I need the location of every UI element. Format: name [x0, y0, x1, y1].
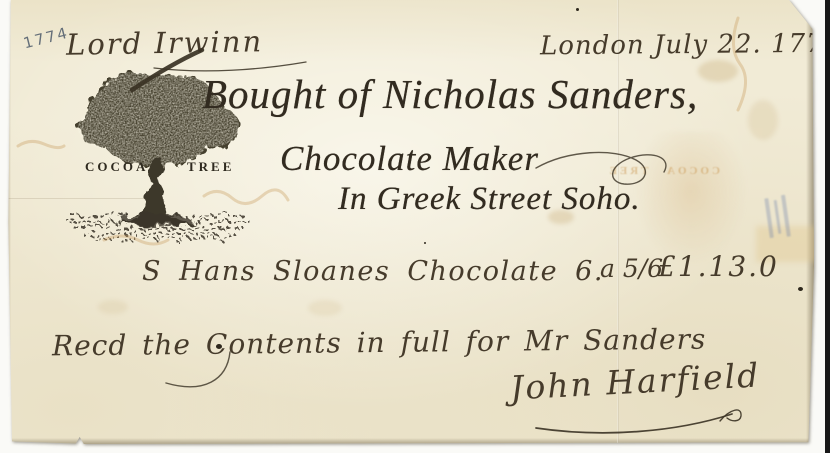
- entry-rate: a 5/6: [600, 254, 663, 283]
- entry-amount: £1.13.0: [658, 250, 779, 283]
- age-spot: [748, 100, 778, 140]
- emblem-label-tree: TREE: [187, 159, 234, 175]
- library-stamp: [756, 186, 798, 248]
- scan-background: COCOA TREE 1774 Lord Irwinn London July …: [0, 0, 830, 453]
- signature: John Harfield: [509, 355, 761, 407]
- paper-edge-left: [8, 0, 11, 444]
- showthrough-emblem-left: COCOA: [664, 165, 720, 177]
- paper-edge-bottom: [8, 438, 814, 444]
- bought-of-line: Bought of Nicholas Sanders,: [202, 70, 698, 118]
- dateline: London July 22. 1773: [540, 29, 830, 62]
- paper-edge-right: [806, 0, 814, 444]
- addressee-line: Lord Irwinn: [66, 24, 264, 61]
- ink-speck: [576, 8, 579, 11]
- showthrough-tree: [636, 132, 746, 264]
- trade-line: Chocolate Maker: [280, 139, 539, 179]
- receipt-paper: COCOA TREE 1774 Lord Irwinn London July …: [8, 0, 814, 444]
- entry-item: S Hans Sloanes Chocolate 6.: [142, 256, 604, 287]
- age-spot: [98, 300, 128, 314]
- age-spot: [698, 60, 738, 82]
- ink-speck: [798, 287, 803, 291]
- showthrough-emblem-text: COCOA TREE: [616, 165, 720, 177]
- receipt-line: Recd the Contents in full for Mr Sanders: [52, 323, 707, 363]
- showthrough-emblem-right: TREE: [607, 165, 649, 177]
- catalog-number-annotation: 1774: [22, 24, 71, 53]
- address-line: In Greek Street Soho.: [338, 181, 641, 218]
- paper-wrap: COCOA TREE 1774 Lord Irwinn London July …: [0, 0, 830, 453]
- ink-speck: [424, 242, 426, 244]
- scanner-edge-strip: [825, 0, 830, 453]
- age-spot: [308, 300, 342, 316]
- ink-speck: [216, 344, 222, 349]
- emblem-label-cocoa: COCOA: [85, 159, 148, 175]
